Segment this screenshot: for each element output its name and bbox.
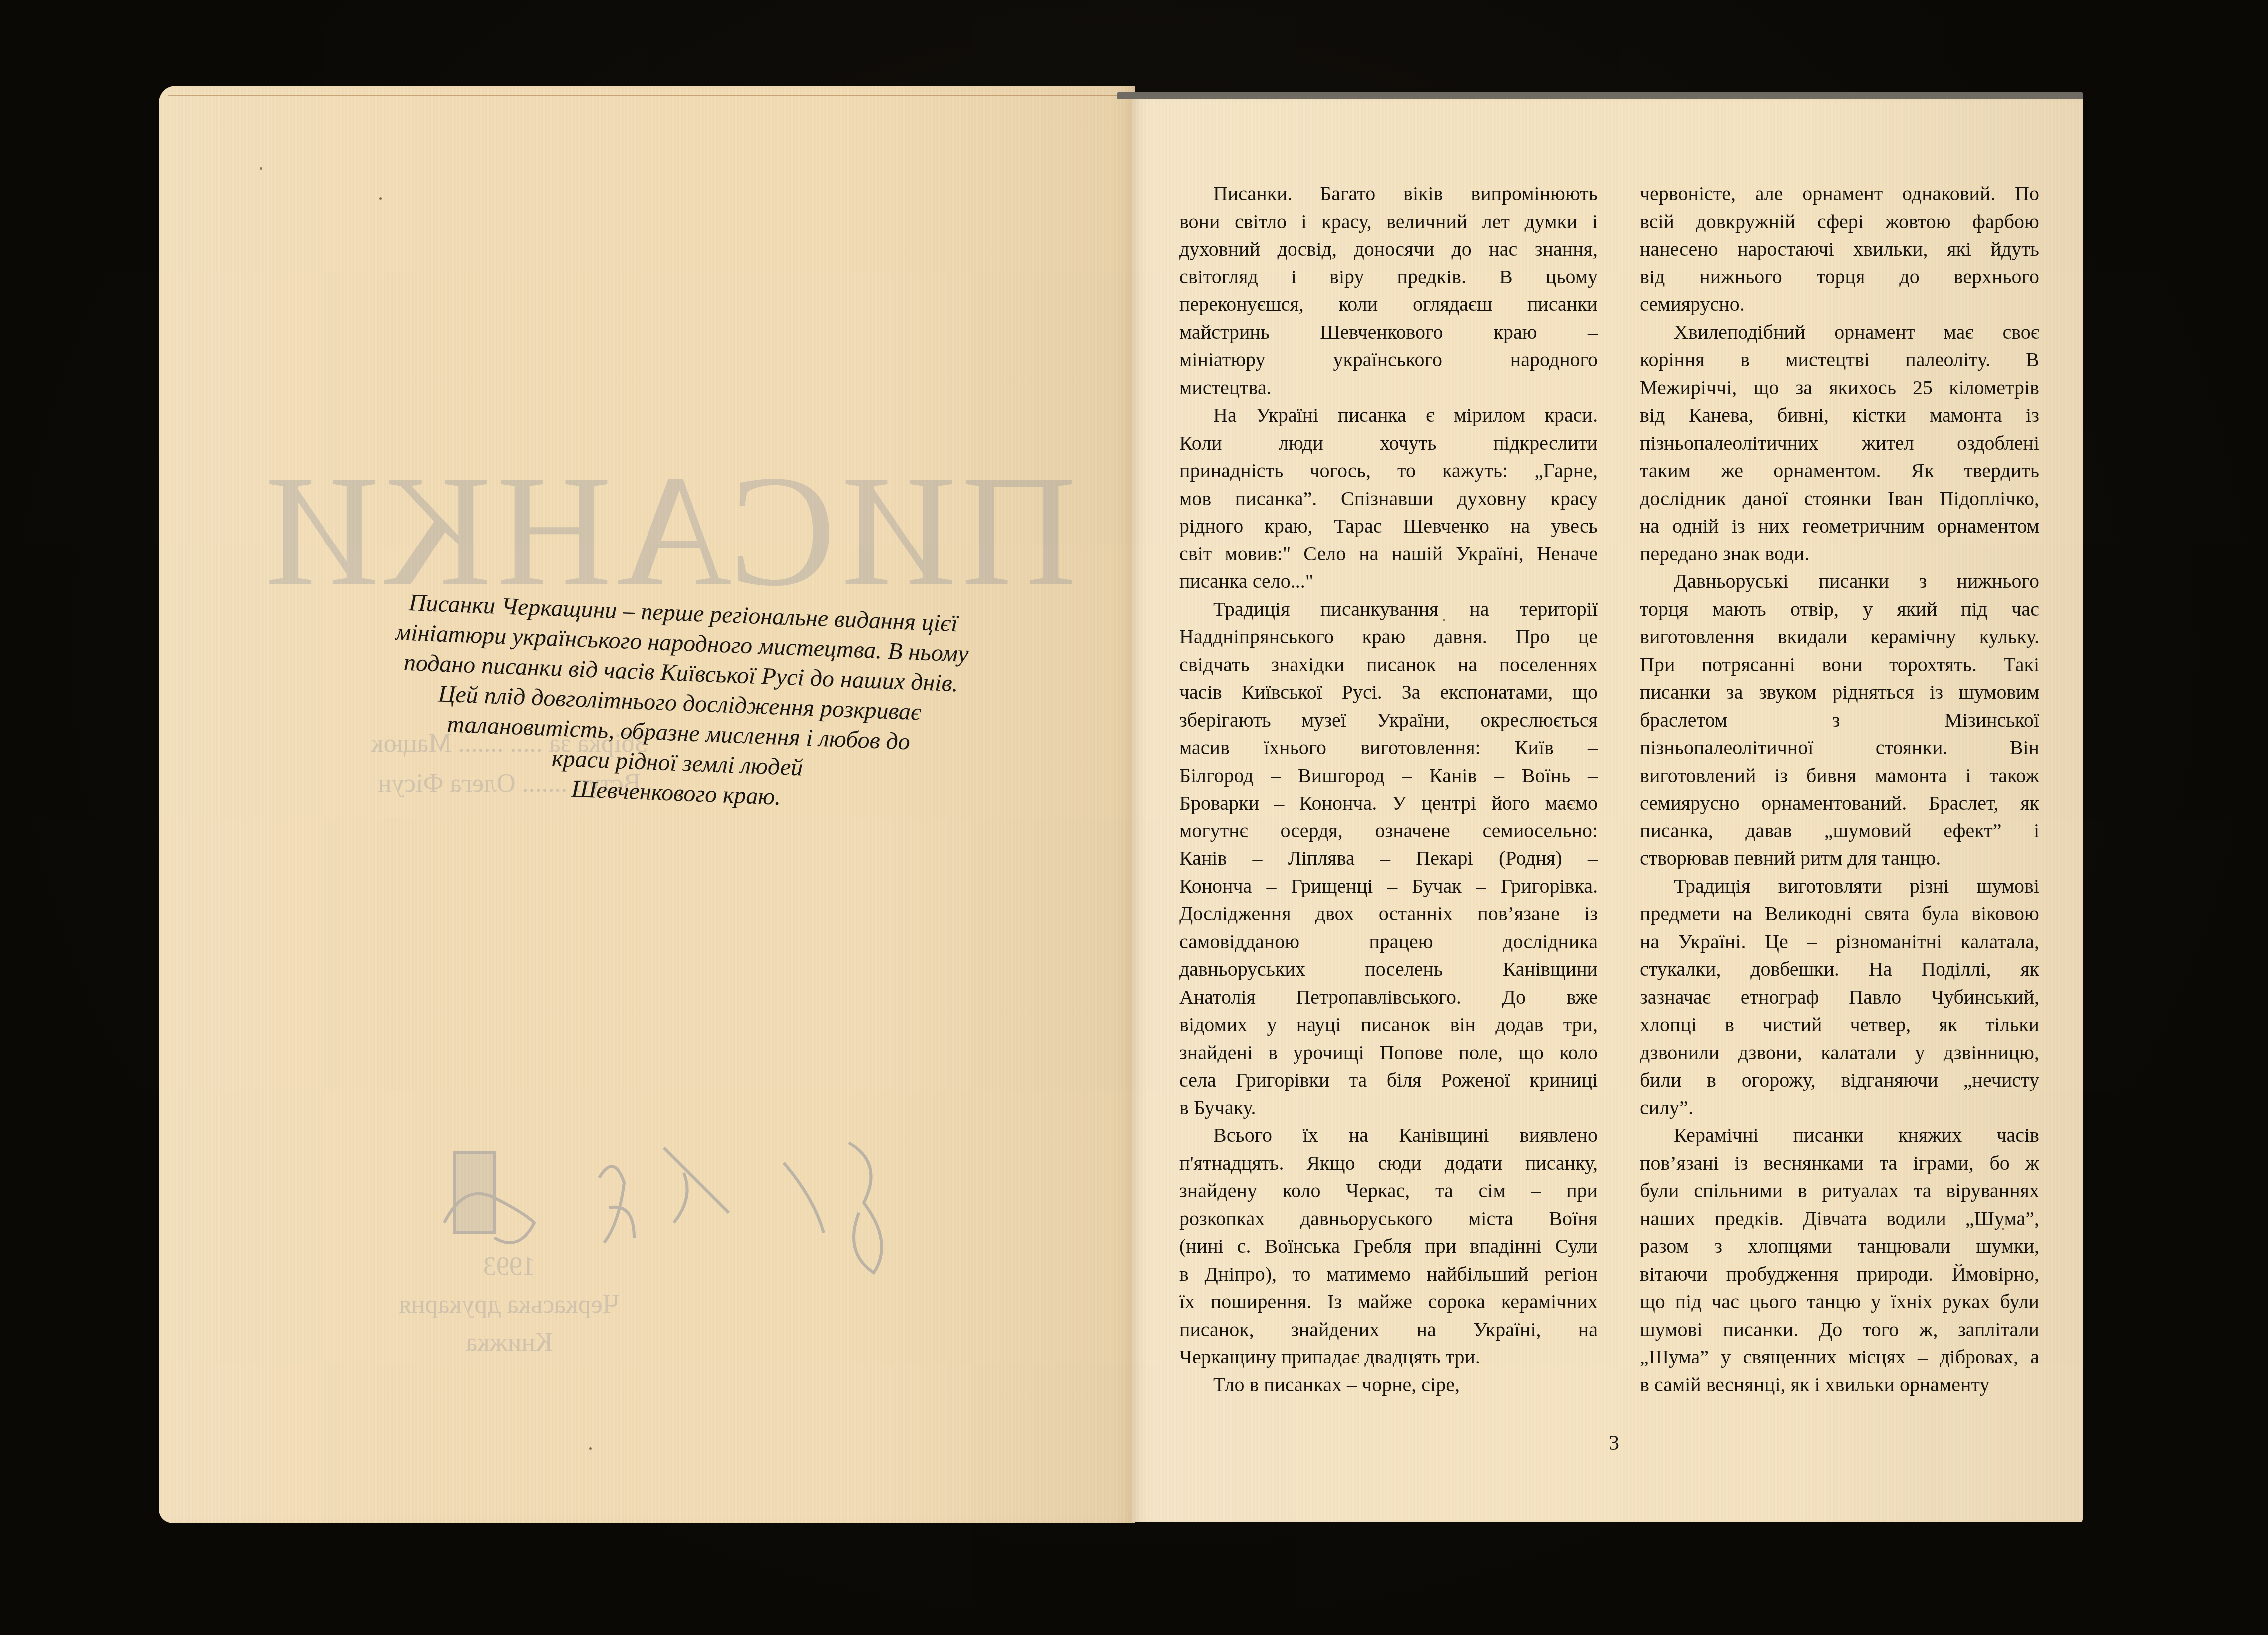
text-line: зберігають музеї України, окреслюється: [1179, 706, 1598, 734]
text-line: принадність чогось, то кажуть: „Гарне,: [1179, 457, 1598, 485]
paragraph: Тло в писанках – чорне, сіре,: [1179, 1371, 1598, 1399]
text-line: від нижнього торця до верхнього: [1640, 263, 2039, 291]
text-line: Керамічні писанки княжих часів: [1640, 1121, 2039, 1149]
text-line: коріння в мистецтві палеоліту. В: [1640, 346, 2039, 374]
text-line: таким же орнаментом. Як твердить: [1640, 457, 2039, 485]
text-line: могутнє осердя, означене семиосельно:: [1179, 817, 1598, 845]
text-line: мистецтва.: [1179, 374, 1598, 402]
paragraph: На Україні писанка є мірилом краси.Коли …: [1179, 401, 1598, 595]
show-through-imprint-line: Книжка: [334, 1324, 684, 1362]
text-line: разом з хлопцями танцювали шумки,: [1640, 1232, 2039, 1260]
text-line: „Шума” у священних місцях – дібровах, а: [1640, 1343, 2039, 1371]
text-line: Анатолія Петропавлівського. До вже: [1179, 983, 1598, 1011]
page-number: 3: [1609, 1431, 1619, 1455]
text-line: Кононча – Грищенці – Бучак – Григорівка.: [1179, 872, 1598, 900]
text-line: світ мовив:" Село на нашій Україні, Нена…: [1179, 540, 1598, 568]
paragraph: Давньоруські писанки з нижньоготорця маю…: [1640, 567, 2039, 872]
text-line: п'ятнадцять. Якщо сюди додати писанку,: [1179, 1149, 1598, 1177]
text-line: предмети на Великодні свята була віковою: [1640, 900, 2039, 928]
show-through-imprint-line: Черкаська друкарня: [334, 1286, 684, 1324]
text-line: червоністе, але орнамент однаковий. По: [1640, 180, 2039, 208]
book-annotation: Писанки Черкащини – перше регіональне ви…: [361, 586, 998, 820]
text-line: передано знак води.: [1640, 540, 2039, 568]
text-line: Межиріччі, що за якихось 25 кілометрів: [1640, 374, 2039, 402]
text-line: Наддніпрянського краю давня. Про це: [1179, 623, 1598, 651]
text-line: що під час цього танцю у їхніх руках бул…: [1640, 1288, 2039, 1316]
text-line: часів Київської Русі. За експонатами, що: [1179, 678, 1598, 706]
paragraph: Керамічні писанки княжих часівпов’язані …: [1640, 1121, 2039, 1398]
text-line: в Дніпро), то матимемо найбільший регіон: [1179, 1260, 1598, 1288]
text-line: створював певний ритм для танцю.: [1640, 844, 2039, 872]
text-line: хлопці в чистий четвер, як тільки: [1640, 1011, 2039, 1039]
text-line: били в огорожу, відганяючи „нечисту: [1640, 1066, 2039, 1094]
text-line: знайдену коло Черкас, та сім – при: [1179, 1177, 1598, 1205]
show-through-imprint: 1993 Черкаська друкарня Книжка: [334, 1248, 684, 1362]
text-line: нанесено наростаючі хвильки, які йдуть: [1640, 235, 2039, 263]
text-line: Тло в писанках – чорне, сіре,: [1179, 1371, 1598, 1399]
text-line: самовідданою працею дослідника: [1179, 928, 1598, 956]
text-line: масив їхнього виготовлення: Київ –: [1179, 734, 1598, 762]
text-line: дзвонили дзвони, калатали у дзвінницю,: [1640, 1039, 2039, 1067]
text-line: на одній із них геометричним орнаментом: [1640, 512, 2039, 540]
text-line: писанка село...": [1179, 567, 1598, 595]
text-line: в Бучаку.: [1179, 1094, 1598, 1122]
text-line: Коли люди хочуть підкреслити: [1179, 429, 1598, 457]
text-line: Традиція виготовляти різні шумові: [1640, 872, 2039, 900]
text-line: Дослідження двох останніх пов’язане із: [1179, 900, 1598, 928]
text-line: Канів – Ліплява – Пекарі (Родня) –: [1179, 844, 1598, 872]
show-through-imprint-line: 1993: [334, 1248, 684, 1286]
text-line: Броварки – Кононча. У центрі його маємо: [1179, 789, 1598, 817]
text-line: стукалки, довбешки. На Поділлі, як: [1640, 955, 2039, 983]
text-line: на Україні. Це – різноманітні калатала,: [1640, 928, 2039, 956]
text-line: виготовлення вкидали керамічну кульку.: [1640, 623, 2039, 651]
text-line: зазначає етнограф Павло Чубинський,: [1640, 983, 2039, 1011]
text-line: мов писанка”. Спізнавши духовну красу: [1179, 485, 1598, 513]
text-line: браслетом з Мізинської: [1640, 706, 2039, 734]
text-line: знайдені в урочищі Попове поле, що коло: [1179, 1039, 1598, 1067]
text-line: були спільними в ритуалах та віруваннях: [1640, 1177, 2039, 1205]
text-line: виготовлений із бивня мамонта і також: [1640, 762, 2039, 790]
text-line: писанка, давав „шумовий ефект” і: [1640, 817, 2039, 845]
text-line: Давньоруські писанки з нижнього: [1640, 567, 2039, 595]
paragraph: Традиція писанкування на територіїНаддні…: [1179, 595, 1598, 1122]
paragraph: Всього їх на Канівщині виявленоп'ятнадця…: [1179, 1121, 1598, 1371]
text-line: писанки за звуком рідняться із шумовим: [1640, 678, 2039, 706]
text-line: їх поширення. Із майже сорока керамічних: [1179, 1288, 1598, 1316]
text-line: При потрясанні вони торохтять. Такі: [1640, 651, 2039, 679]
text-line: торця мають отвір, у який під час: [1640, 595, 2039, 623]
text-line: свідчать знахідки писанок на поселеннях: [1179, 651, 1598, 679]
paragraph: Писанки. Багато віків випромінюютьвони с…: [1179, 180, 1598, 401]
paragraph: Традиція виготовляти різні шумовіпредмет…: [1640, 872, 2039, 1122]
text-line: духовний досвід, доносячи до нас знання,: [1179, 235, 1598, 263]
text-line: силу”.: [1640, 1094, 2039, 1122]
text-column-2: червоністе, але орнамент однаковий. Повс…: [1640, 180, 2039, 1398]
text-line: всій довкружній сфері жовтою фарбою: [1640, 208, 2039, 236]
text-line: від Канева, бивні, кістки мамонта із: [1640, 401, 2039, 429]
text-line: села Григорівки та біля Роженої криниці: [1179, 1066, 1598, 1094]
text-line: переконуєшся, коли оглядаєш писанки: [1179, 290, 1598, 318]
text-line: світогляд і віру предків. В цьому: [1179, 263, 1598, 291]
text-line: Хвилеподібний орнамент має своє: [1640, 318, 2039, 346]
text-column-1: Писанки. Багато віків випромінюютьвони с…: [1179, 180, 1598, 1398]
text-line: шумові писанки. До того ж, заплітали: [1640, 1316, 2039, 1344]
text-line: дослідник даної стоянки Іван Підоплічко,: [1640, 485, 2039, 513]
text-line: пізньопалеолітичних жител оздоблені: [1640, 429, 2039, 457]
text-line: писанок, знайдених на Україні, на: [1179, 1316, 1598, 1344]
text-line: Білгород – Вишгород – Канів – Воїнь –: [1179, 762, 1598, 790]
text-line: Всього їх на Канівщині виявлено: [1179, 1121, 1598, 1149]
text-line: Черкащину припадає двадцять три.: [1179, 1343, 1598, 1371]
text-line: (нині с. Воїнська Гребля при впадінні Су…: [1179, 1232, 1598, 1260]
text-line: семиярусно.: [1640, 290, 2039, 318]
text-line: відомих у науці писанок він додав три,: [1179, 1011, 1598, 1039]
paragraph: Хвилеподібний орнамент має своєкоріння в…: [1640, 318, 2039, 568]
text-line: пов’язані із веснянками та іграми, бо ж: [1640, 1149, 2039, 1177]
paragraph: червоністе, але орнамент однаковий. Повс…: [1640, 180, 2039, 318]
text-line: вітаючи пробудження природи. Ймовірно,: [1640, 1260, 2039, 1288]
text-line: пізньопалеолітичної стоянки. Він: [1640, 734, 2039, 762]
text-line: вони світло і красу, величний лет думки …: [1179, 208, 1598, 236]
text-line: Традиція писанкування на території: [1179, 595, 1598, 623]
text-line: в самій веснянці, як і хвильки орнаменту: [1640, 1371, 2039, 1399]
text-line: семиярусно орнаментований. Браслет, як: [1640, 789, 2039, 817]
text-line: наших предків. Дівчата водили „Шума”,: [1640, 1205, 2039, 1233]
text-line: Писанки. Багато віків випромінюють: [1179, 180, 1598, 208]
text-line: майстринь Шевченкового краю –: [1179, 318, 1598, 346]
text-line: давньоруських поселень Канівщини: [1179, 955, 1598, 983]
text-line: мініатюру українського народного: [1179, 346, 1598, 374]
text-line: рідного краю, Тарас Шевченко на увесь: [1179, 512, 1598, 540]
text-line: На Україні писанка є мірилом краси.: [1179, 401, 1598, 429]
text-line: розкопках давньоруського міста Воїня: [1179, 1205, 1598, 1233]
